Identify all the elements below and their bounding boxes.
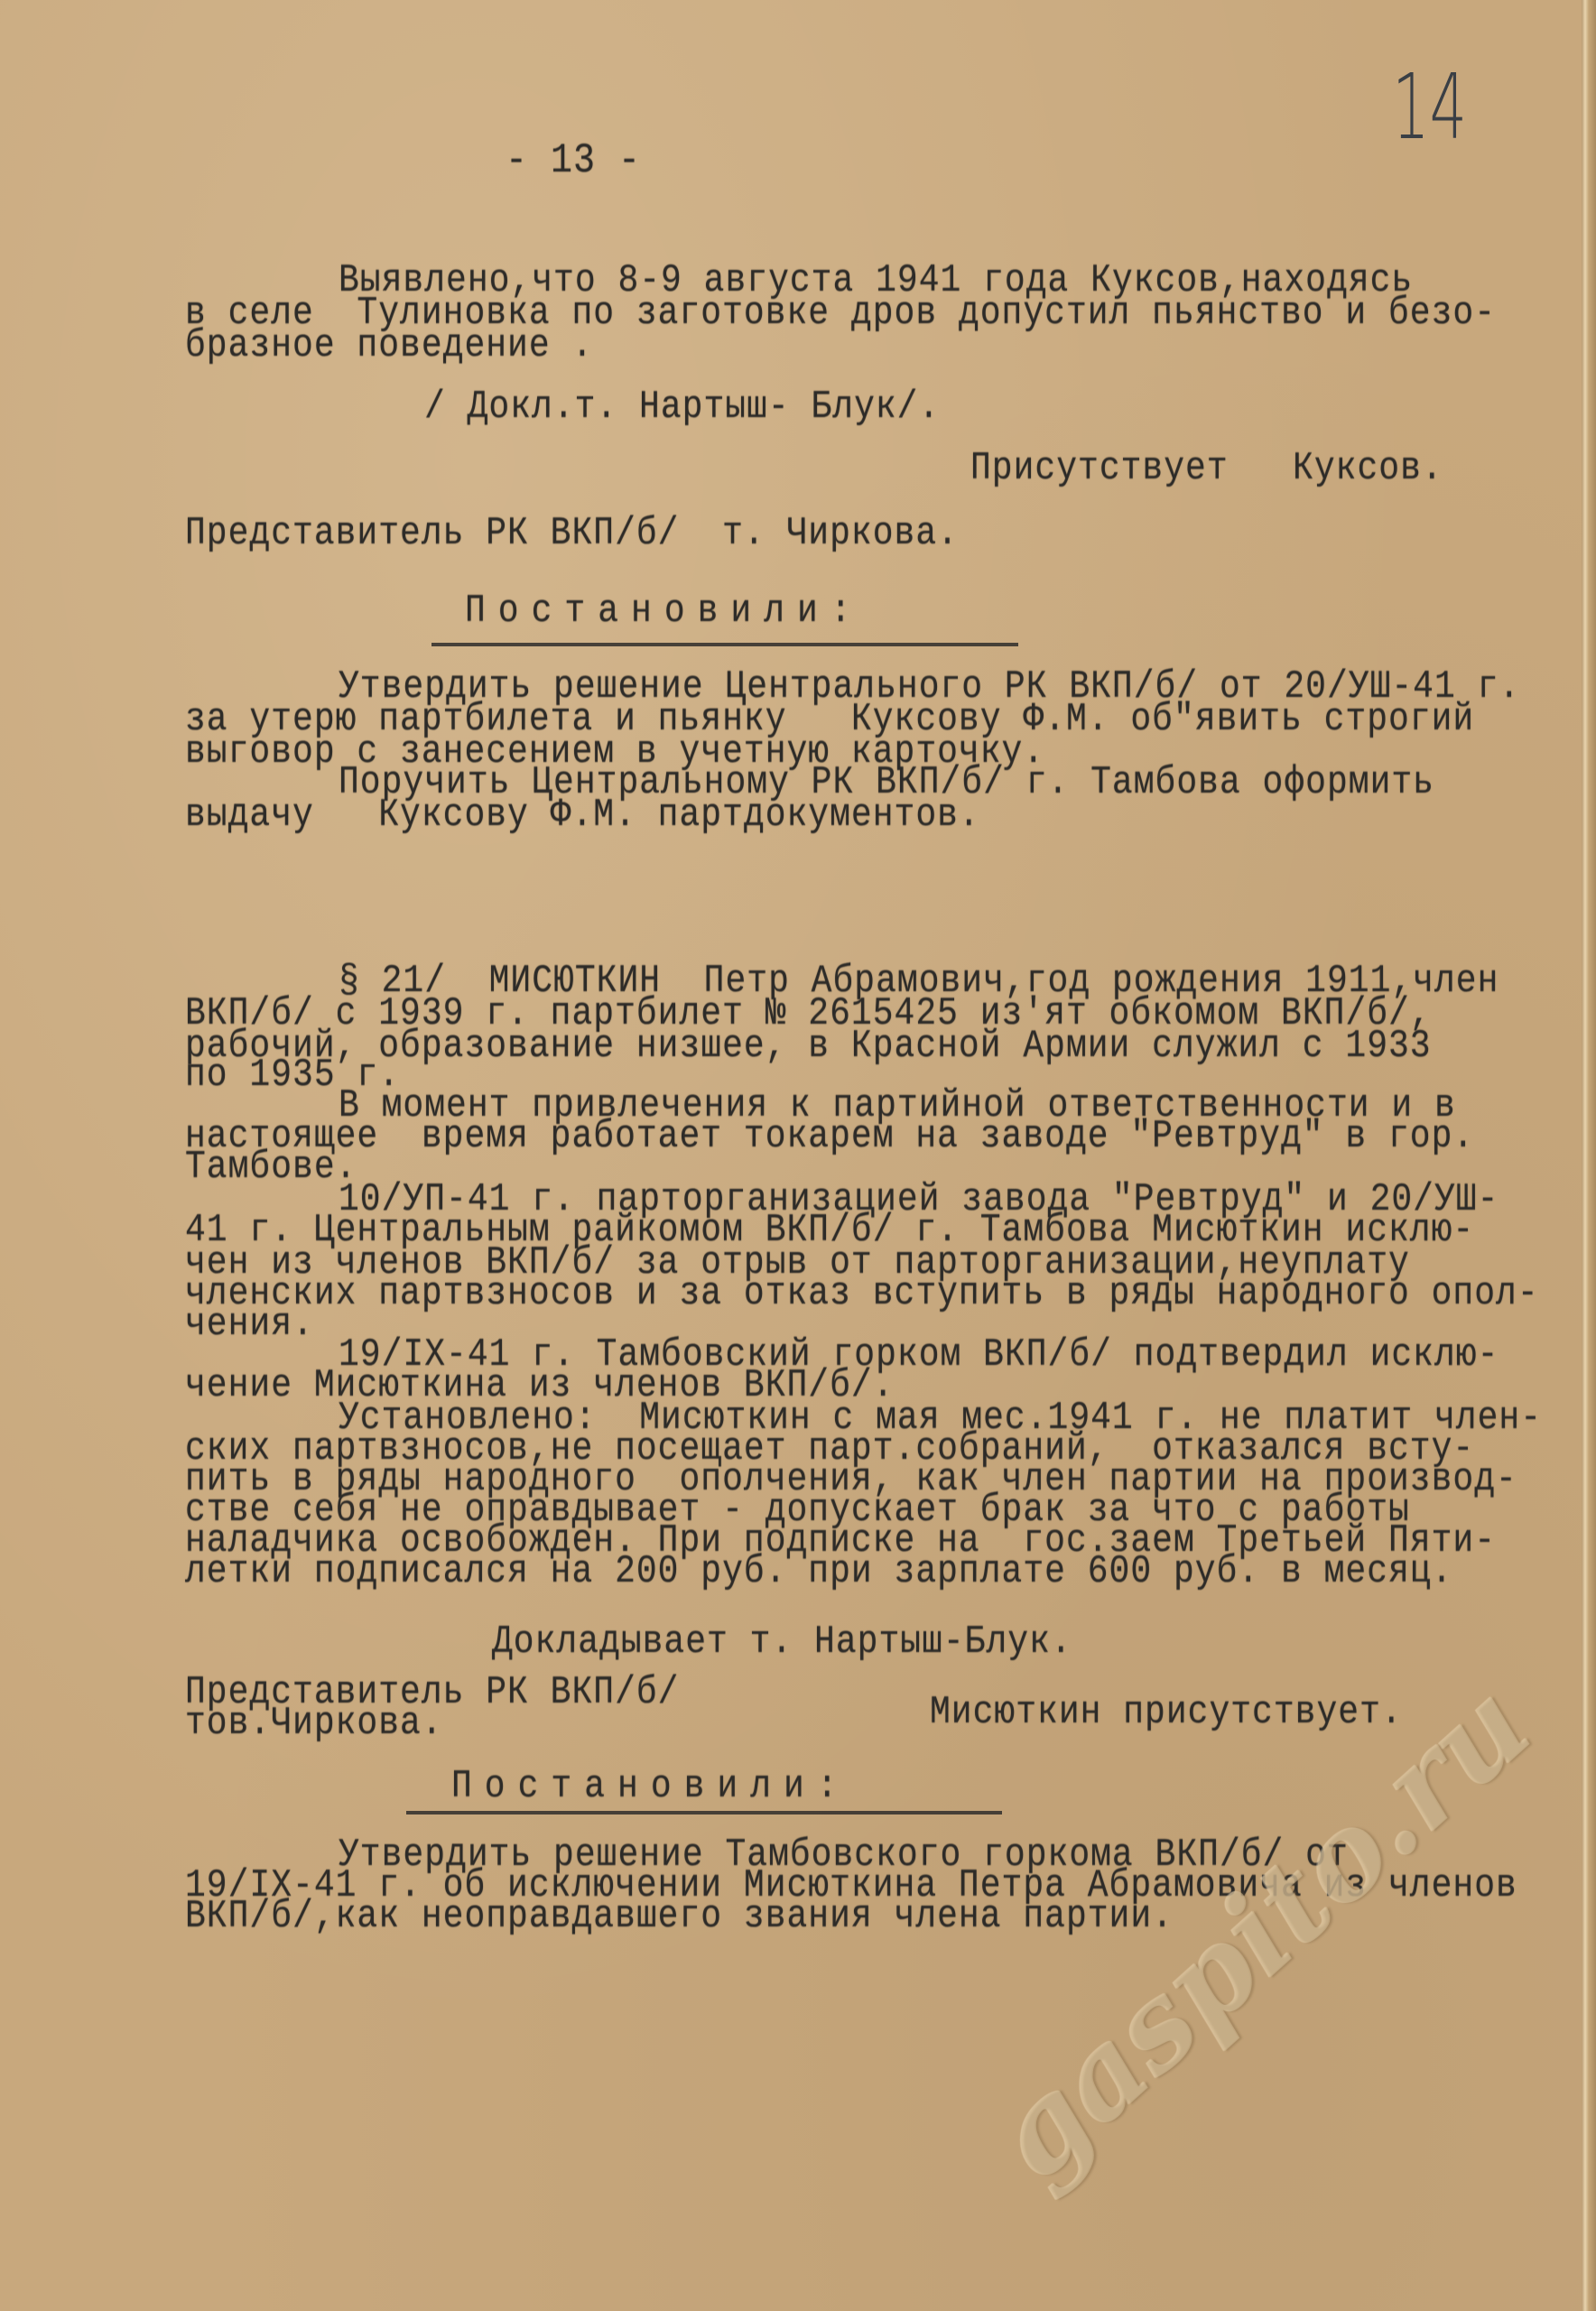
resolution-line: выдачу Куксову Ф.М. партдокументов. — [185, 798, 980, 832]
page-edge — [1582, 0, 1596, 2311]
finding-line: бразное поведение . — [185, 329, 593, 363]
case-intro-line: настоящее время работает токарем на заво… — [185, 1119, 1474, 1154]
page-number: - 13 - — [506, 144, 641, 179]
document-page: - 13 - 14 Выявлено,что 8-9 августа 1941 … — [0, 0, 1582, 2311]
representative-note: тов.Чиркова. — [185, 1706, 443, 1740]
reporter-note: Докладывает т. Нартыш-Блук. — [492, 1625, 1072, 1659]
case-intro-line: чения. — [185, 1307, 314, 1341]
resolution-line: ВКП/б/,как неоправдавшего звания члена п… — [185, 1899, 1174, 1934]
heading-underline — [406, 1811, 1002, 1814]
handwritten-folio-number: 14 — [1392, 54, 1467, 160]
attendance-note: Мисюткин присутствует. — [930, 1695, 1403, 1730]
heading-underline — [431, 643, 1018, 646]
representative-note: Представитель РК ВКП/б/ т. Чиркова. — [185, 516, 959, 551]
reporter-note: / Докл.т. Нартыш- Блук/. — [424, 390, 940, 424]
resolved-heading: Постановили: — [451, 1769, 850, 1804]
case-intro-line: Тамбове. — [185, 1150, 357, 1184]
case-intro-line: членских партвзносов и за отказ вступить… — [185, 1276, 1539, 1311]
resolved-heading: Постановили: — [465, 594, 864, 628]
case-intro-line: летки подписался на 200 руб. при зарплат… — [185, 1555, 1452, 1589]
attendance-note: Присутствует Куксов. — [970, 451, 1443, 486]
